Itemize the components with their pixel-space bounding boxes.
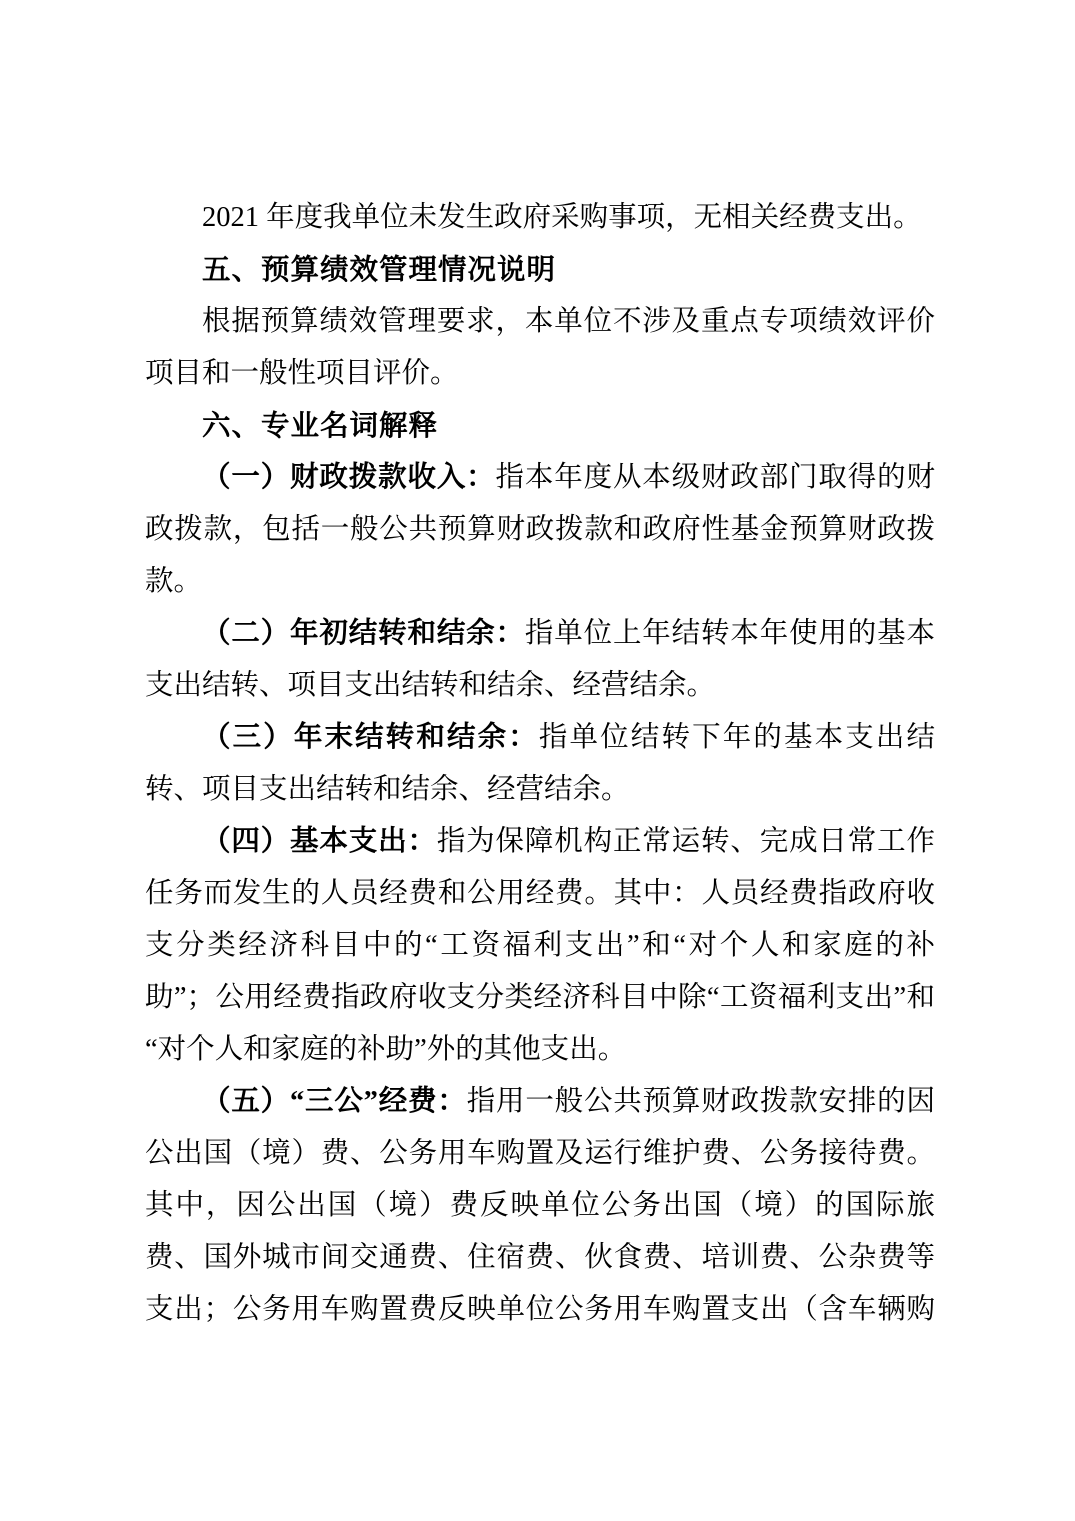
line-text: 支出结转、项目支出结转和结余、经营结余。: [145, 670, 715, 701]
paragraph-line: 支分类经济科目中的“工资福利支出”和“对个人和家庭的补: [145, 920, 935, 972]
paragraph-line: 任务而发生的人员经费和公用经费。其中：人员经费指政府收: [145, 868, 935, 920]
paragraph-line: 项目和一般性项目评价。: [145, 348, 935, 400]
line-text: “对个人和家庭的补助”外的其他支出。: [145, 1034, 626, 1065]
line-text: 款。: [145, 566, 202, 597]
line-text: 指用一般公共预算财政拨款安排的因: [467, 1086, 935, 1117]
line-text: 费、国外城市间交通费、住宿费、伙食费、培训费、公杂费等: [145, 1242, 935, 1273]
line-text: 助”；公用经费指政府收支分类经济科目中除“工资福利支出”和: [145, 982, 935, 1013]
line-text: 六、专业名词解释: [202, 410, 438, 442]
paragraph-line: 转、项目支出结转和结余、经营结余。: [145, 764, 935, 816]
paragraph-line: “对个人和家庭的补助”外的其他支出。: [145, 1024, 935, 1076]
line-text: 指为保障机构正常运转、完成日常工作: [437, 826, 935, 857]
term-label-bold: （二）年初结转和结余：: [202, 618, 525, 649]
paragraph-line: （三）年末结转和结余：指单位结转下年的基本支出结: [145, 712, 935, 764]
line-text: 支出；公务用车购置费反映单位公务用车购置支出（含车辆购: [145, 1294, 935, 1325]
line-text: 2021 年度我单位未发生政府采购事项，无相关经费支出。: [202, 202, 922, 233]
paragraph-line: 款。: [145, 556, 935, 608]
line-text: 转、项目支出结转和结余、经营结余。: [145, 774, 630, 805]
line-text: 政拨款，包括一般公共预算财政拨款和政府性基金预算财政拨: [145, 514, 935, 545]
paragraph-line: 助”；公用经费指政府收支分类经济科目中除“工资福利支出”和: [145, 972, 935, 1024]
section-heading: 五、预算绩效管理情况说明: [145, 244, 935, 296]
line-text: 五、预算绩效管理情况说明: [202, 254, 556, 286]
paragraph-line: 根据预算绩效管理要求，本单位不涉及重点专项绩效评价: [145, 296, 935, 348]
term-label-bold: （四）基本支出：: [202, 826, 437, 857]
line-text: 公出国（境）费、公务用车购置及运行维护费、公务接待费。: [145, 1138, 935, 1169]
line-text: 其中，因公出国（境）费反映单位公务出国（境）的国际旅: [145, 1190, 935, 1221]
paragraph-line: 其中，因公出国（境）费反映单位公务出国（境）的国际旅: [145, 1180, 935, 1232]
paragraph-line: 费、国外城市间交通费、住宿费、伙食费、培训费、公杂费等: [145, 1232, 935, 1284]
line-text: 指本年度从本级财政部门取得的财: [496, 462, 935, 493]
line-text: 支分类经济科目中的“工资福利支出”和“对个人和家庭的补: [145, 930, 935, 961]
line-text: 指单位结转下年的基本支出结: [539, 722, 935, 753]
paragraph-line: （五）“三公”经费：指用一般公共预算财政拨款安排的因: [145, 1076, 935, 1128]
paragraph-line: 政拨款，包括一般公共预算财政拨款和政府性基金预算财政拨: [145, 504, 935, 556]
paragraph-line: 公出国（境）费、公务用车购置及运行维护费、公务接待费。: [145, 1128, 935, 1180]
line-text: 指单位上年结转本年使用的基本: [525, 618, 935, 649]
document-content: 2021 年度我单位未发生政府采购事项，无相关经费支出。五、预算绩效管理情况说明…: [145, 192, 935, 1336]
paragraph-line: 2021 年度我单位未发生政府采购事项，无相关经费支出。: [145, 192, 935, 244]
paragraph-line: （一）财政拨款收入：指本年度从本级财政部门取得的财: [145, 452, 935, 504]
term-label-bold: （三）年末结转和结余：: [202, 722, 539, 753]
section-heading: 六、专业名词解释: [145, 400, 935, 452]
term-label-bold: （一）财政拨款收入：: [202, 462, 496, 493]
line-text: 根据预算绩效管理要求，本单位不涉及重点专项绩效评价: [202, 306, 935, 337]
paragraph-line: 支出结转、项目支出结转和结余、经营结余。: [145, 660, 935, 712]
paragraph-line: （四）基本支出：指为保障机构正常运转、完成日常工作: [145, 816, 935, 868]
paragraph-line: （二）年初结转和结余：指单位上年结转本年使用的基本: [145, 608, 935, 660]
line-text: 任务而发生的人员经费和公用经费。其中：人员经费指政府收: [145, 878, 935, 909]
page: 2021 年度我单位未发生政府采购事项，无相关经费支出。五、预算绩效管理情况说明…: [0, 0, 1075, 1521]
document-page: { "document": { "language": "zh-CN", "pa…: [0, 0, 1075, 1521]
term-label-bold: （五）“三公”经费：: [202, 1086, 467, 1117]
line-text: 项目和一般性项目评价。: [145, 358, 459, 389]
paragraph-line: 支出；公务用车购置费反映单位公务用车购置支出（含车辆购: [145, 1284, 935, 1336]
